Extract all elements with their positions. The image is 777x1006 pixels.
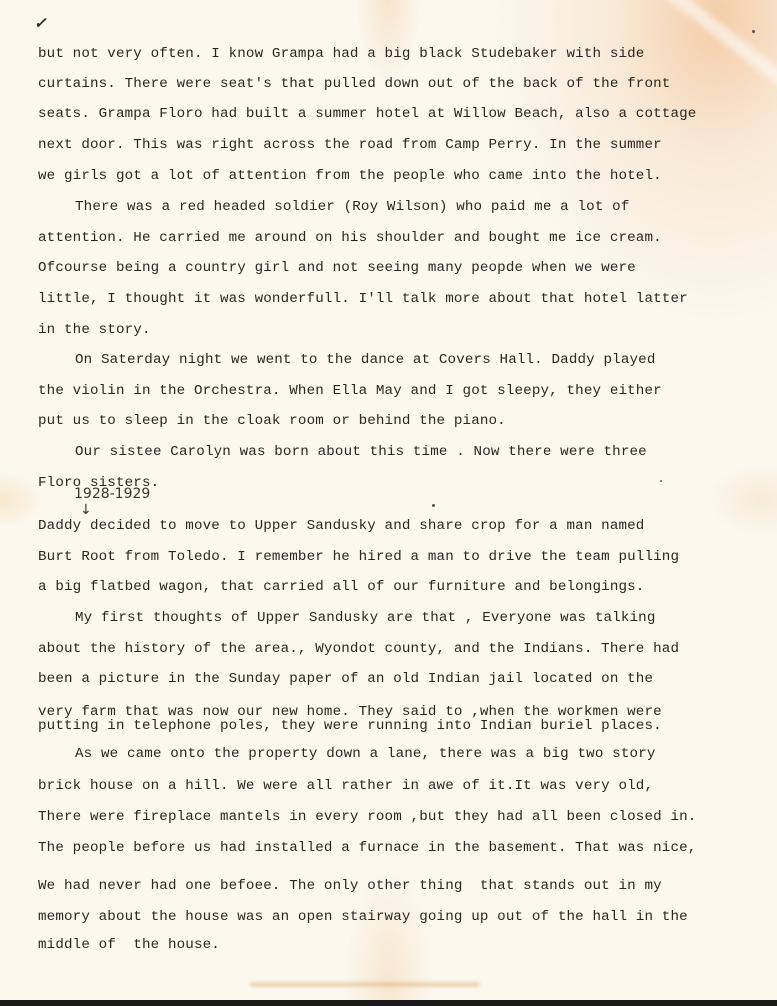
text-line: seats. Grampa Floro had built a summer h… xyxy=(38,106,696,122)
text-line: about the history of the area., Wyondot … xyxy=(38,641,679,657)
annotation-arrow-icon: ↓ xyxy=(80,502,92,518)
handwritten-date-annotation: 1928-1929 xyxy=(74,486,150,502)
text-line: Burt Root from Toledo. I remember he hir… xyxy=(38,549,679,565)
text-line: next door. This was right across the roa… xyxy=(38,137,662,153)
paper-speck xyxy=(660,480,662,482)
text-line: There were fireplace mantels in every ro… xyxy=(38,809,696,825)
scanned-document-page: ✓ but not very often. I know Grampa had … xyxy=(0,0,777,1000)
text-line: attention. He carried me around on his s… xyxy=(38,230,662,246)
text-line: Our sistee Carolyn was born about this t… xyxy=(75,444,647,460)
paper-stain xyxy=(250,982,480,987)
text-line: but not very often. I know Grampa had a … xyxy=(38,46,644,62)
paper-speck xyxy=(752,30,755,33)
handwritten-check-mark: ✓ xyxy=(34,14,47,32)
text-line: On Saterday night we went to the dance a… xyxy=(75,352,655,368)
text-line: a big flatbed wagon, that carried all of… xyxy=(38,579,644,595)
text-line: been a picture in the Sunday paper of an… xyxy=(38,671,653,687)
text-line: in the story. xyxy=(38,322,151,338)
text-line: brick house on a hill. We were all rathe… xyxy=(38,778,653,794)
text-line: The people before us had installed a fur… xyxy=(38,840,696,856)
text-line: little, I thought it was wonderfull. I'l… xyxy=(38,291,688,307)
text-line: curtains. There were seat's that pulled … xyxy=(38,76,670,92)
text-line: There was a red headed soldier (Roy Wils… xyxy=(75,199,630,215)
text-line: My first thoughts of Upper Sandusky are … xyxy=(75,610,655,626)
paper-speck xyxy=(432,504,435,507)
text-line: We had never had one befoee. The only ot… xyxy=(38,878,662,894)
text-line: As we came onto the property down a lane… xyxy=(75,746,655,762)
text-line: put us to sleep in the cloak room or beh… xyxy=(38,413,506,429)
text-line: we girls got a lot of attention from the… xyxy=(38,168,662,184)
text-line: memory about the house was an open stair… xyxy=(38,909,688,925)
text-line: Daddy decided to move to Upper Sandusky … xyxy=(38,518,644,534)
text-line: Ofcourse being a country girl and not se… xyxy=(38,260,636,276)
text-line: the violin in the Orchestra. When Ella M… xyxy=(38,383,662,399)
text-line: middle of the house. xyxy=(38,937,220,953)
text-line: putting in telephone poles, they were ru… xyxy=(38,718,662,734)
